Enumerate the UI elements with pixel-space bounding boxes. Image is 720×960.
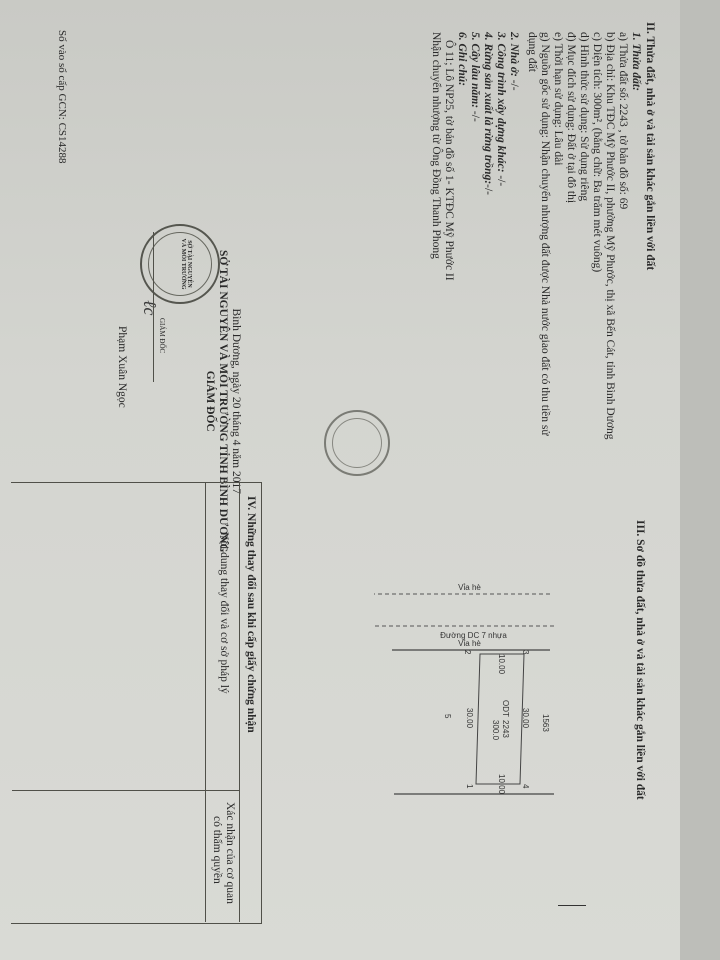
section-iii-title: III. Sơ đồ thửa đất, nhà ở và tài sản kh… (634, 520, 646, 800)
usage-origin-line: g) Nguồn gốc sử dụng: Nhận chuyển nhượng… (538, 32, 551, 436)
official-stamp: SỞ TÀI NGUYÊN VÀ MÔI TRƯỜNG (140, 224, 220, 304)
parcel-sketch (364, 574, 564, 814)
changes-col-content: Nội dung thay đổi và cơ sở pháp lý (217, 532, 230, 694)
neighbor-parcel-top: 1563 (541, 714, 550, 732)
vertex-2: 2 (463, 650, 472, 654)
edge-back: 10.00 (497, 774, 506, 794)
parcel-number: 2243 (501, 720, 510, 738)
page-margin (680, 0, 720, 960)
note-line-1: Ô 11; Lô NP25, tờ bản đồ số 1- KTĐC Mỹ P… (442, 40, 455, 281)
usage-term-line: e) Thời hạn sử dụng: Lâu dài (551, 32, 564, 165)
changes-col-verify-1: Xác nhận của cơ quan (223, 802, 236, 904)
item-notes: 6. Ghi chú: (455, 32, 468, 86)
signer-name: Phạm Xuân Ngọc (115, 326, 128, 408)
seal-partial (324, 410, 390, 476)
item-forest: 4. Rừng sản xuất là rừng trồng:-/- (481, 32, 494, 195)
usage-purpose-line: đ) Mục đích sử dụng: Đất ở tại đô thị (564, 32, 577, 203)
sidewalk-label-2: Vỉa hè (458, 639, 481, 648)
certificate-page: II. Thửa đất, nhà ở và tài sản khác gắn … (0, 0, 720, 960)
parcel-area: 300.0 (491, 720, 500, 740)
section-iv-title: IV. Những thay đổi sau khi cấp giấy chứn… (244, 496, 257, 733)
changes-table: IV. Những thay đổi sau khi cấp giấy chứn… (0, 482, 262, 952)
vertex-3: 3 (521, 650, 530, 654)
parcel-number-line: a) Thửa đất số: 2243 , tờ bản đồ số: 69 (616, 32, 629, 209)
area-line: c) Diện tích: 300m², (bằng chữ: Ba trăm … (590, 32, 603, 272)
changes-col-verify-2: có thẩm quyền (210, 816, 223, 884)
section-ii-title: II. Thửa đất, nhà ở và tài sản khác gắn … (643, 22, 656, 270)
parcel-code: ODT (501, 700, 510, 717)
signature-scribble: ℓc (139, 300, 160, 316)
neighbor-parcel-bottom: 5 (443, 714, 452, 718)
edge-bottom: 30.00 (465, 708, 474, 728)
signature-line (153, 232, 154, 382)
item-perennial: 5. Cây lâu năm: -/- (468, 32, 481, 122)
sidewalk-label-1: Vỉa hè (458, 583, 481, 592)
item-house: 2. Nhà ở: -/- (507, 32, 520, 91)
edge-top: 30.00 (521, 708, 530, 728)
vertex-1: 1 (465, 784, 474, 788)
address-line: b) Địa chỉ: Khu TĐC Mỹ Phước II, phường … (603, 32, 616, 439)
parcel-diagram: Vỉa hè Đường DC 7 nhựa Vỉa hè 10.00 10.0… (384, 574, 564, 814)
edge-front: 10.00 (497, 654, 506, 674)
note-line-2: Nhận chuyển nhượng từ Ông Đồng Thanh Pho… (429, 32, 442, 259)
gcn-register-number: Số vào sổ cấp GCN: CS14288 (56, 30, 68, 164)
north-arrow-icon (558, 900, 586, 906)
usage-origin-cont: dụng đất (525, 32, 538, 72)
parcel-subtitle: 1. Thửa đất: (629, 32, 642, 91)
stamp-role-text: GIÁM ĐỐC (155, 318, 168, 353)
usage-form-line: d) Hình thức sử dụng: Sử dụng riêng (577, 32, 590, 201)
item-other-construction: 3. Công trình xây dựng khác: -/- (494, 32, 507, 186)
vertex-4: 4 (521, 784, 530, 788)
